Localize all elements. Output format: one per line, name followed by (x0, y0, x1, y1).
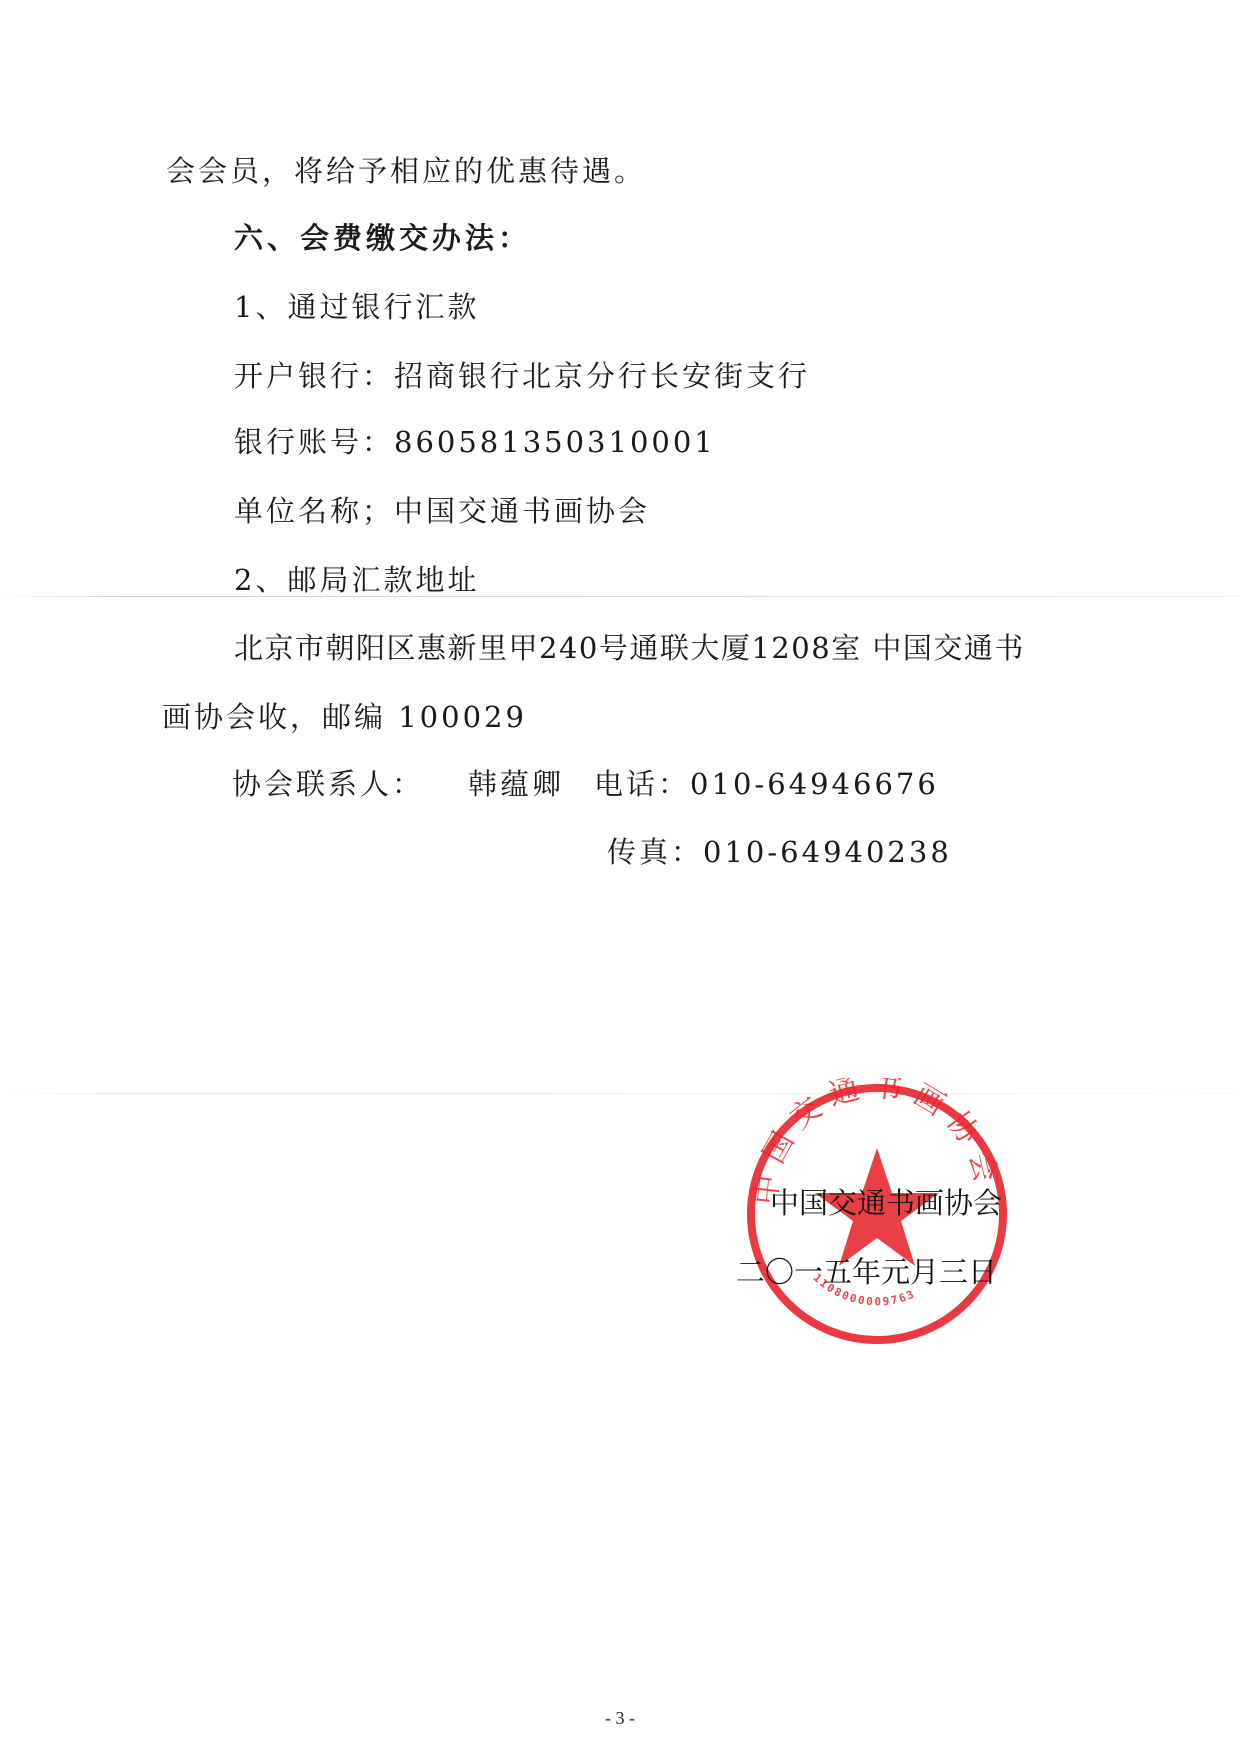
postal-address-line-cont: 画协会收，邮编 100029 (162, 699, 527, 735)
contact-name: 韩蕴卿 (468, 767, 564, 801)
signature-organization: 中国交通书画协会 (770, 1185, 1002, 1221)
paper-fold-line (0, 1093, 1240, 1094)
contact-line: 协会联系人：韩蕴卿电话：010-64946676 (232, 766, 939, 802)
signature-date: 二〇一五年元月三日 (736, 1254, 997, 1290)
section-heading-fee-payment: 六、会费缴交办法： (234, 220, 531, 256)
paper-fold-line (0, 596, 1240, 597)
postal-address-line: 北京市朝阳区惠新里甲240号通联大厦1208室 中国交通书 (234, 630, 1025, 666)
bank-name-line: 开户银行：招商银行北京分行长安街支行 (234, 358, 810, 394)
fax-label: 传真： (607, 835, 703, 869)
page-number: - 3 - (0, 1708, 1240, 1729)
phone-number: 010-64946676 (690, 767, 939, 801)
subheading-bank-transfer: 1、通过银行汇款 (234, 289, 479, 325)
account-holder-line: 单位名称；中国交通书画协会 (234, 493, 650, 529)
fax-line: 传真：010-64940238 (607, 834, 952, 870)
fax-number: 010-64940238 (703, 835, 952, 869)
body-line-continuation: 会会员，将给予相应的优惠待遇。 (166, 153, 646, 189)
bank-account-line: 银行账号：860581350310001 (234, 424, 716, 460)
contact-label: 协会联系人： (232, 767, 424, 801)
subheading-postal-remittance: 2、邮局汇款地址 (234, 562, 479, 598)
phone-label: 电话： (594, 767, 690, 801)
